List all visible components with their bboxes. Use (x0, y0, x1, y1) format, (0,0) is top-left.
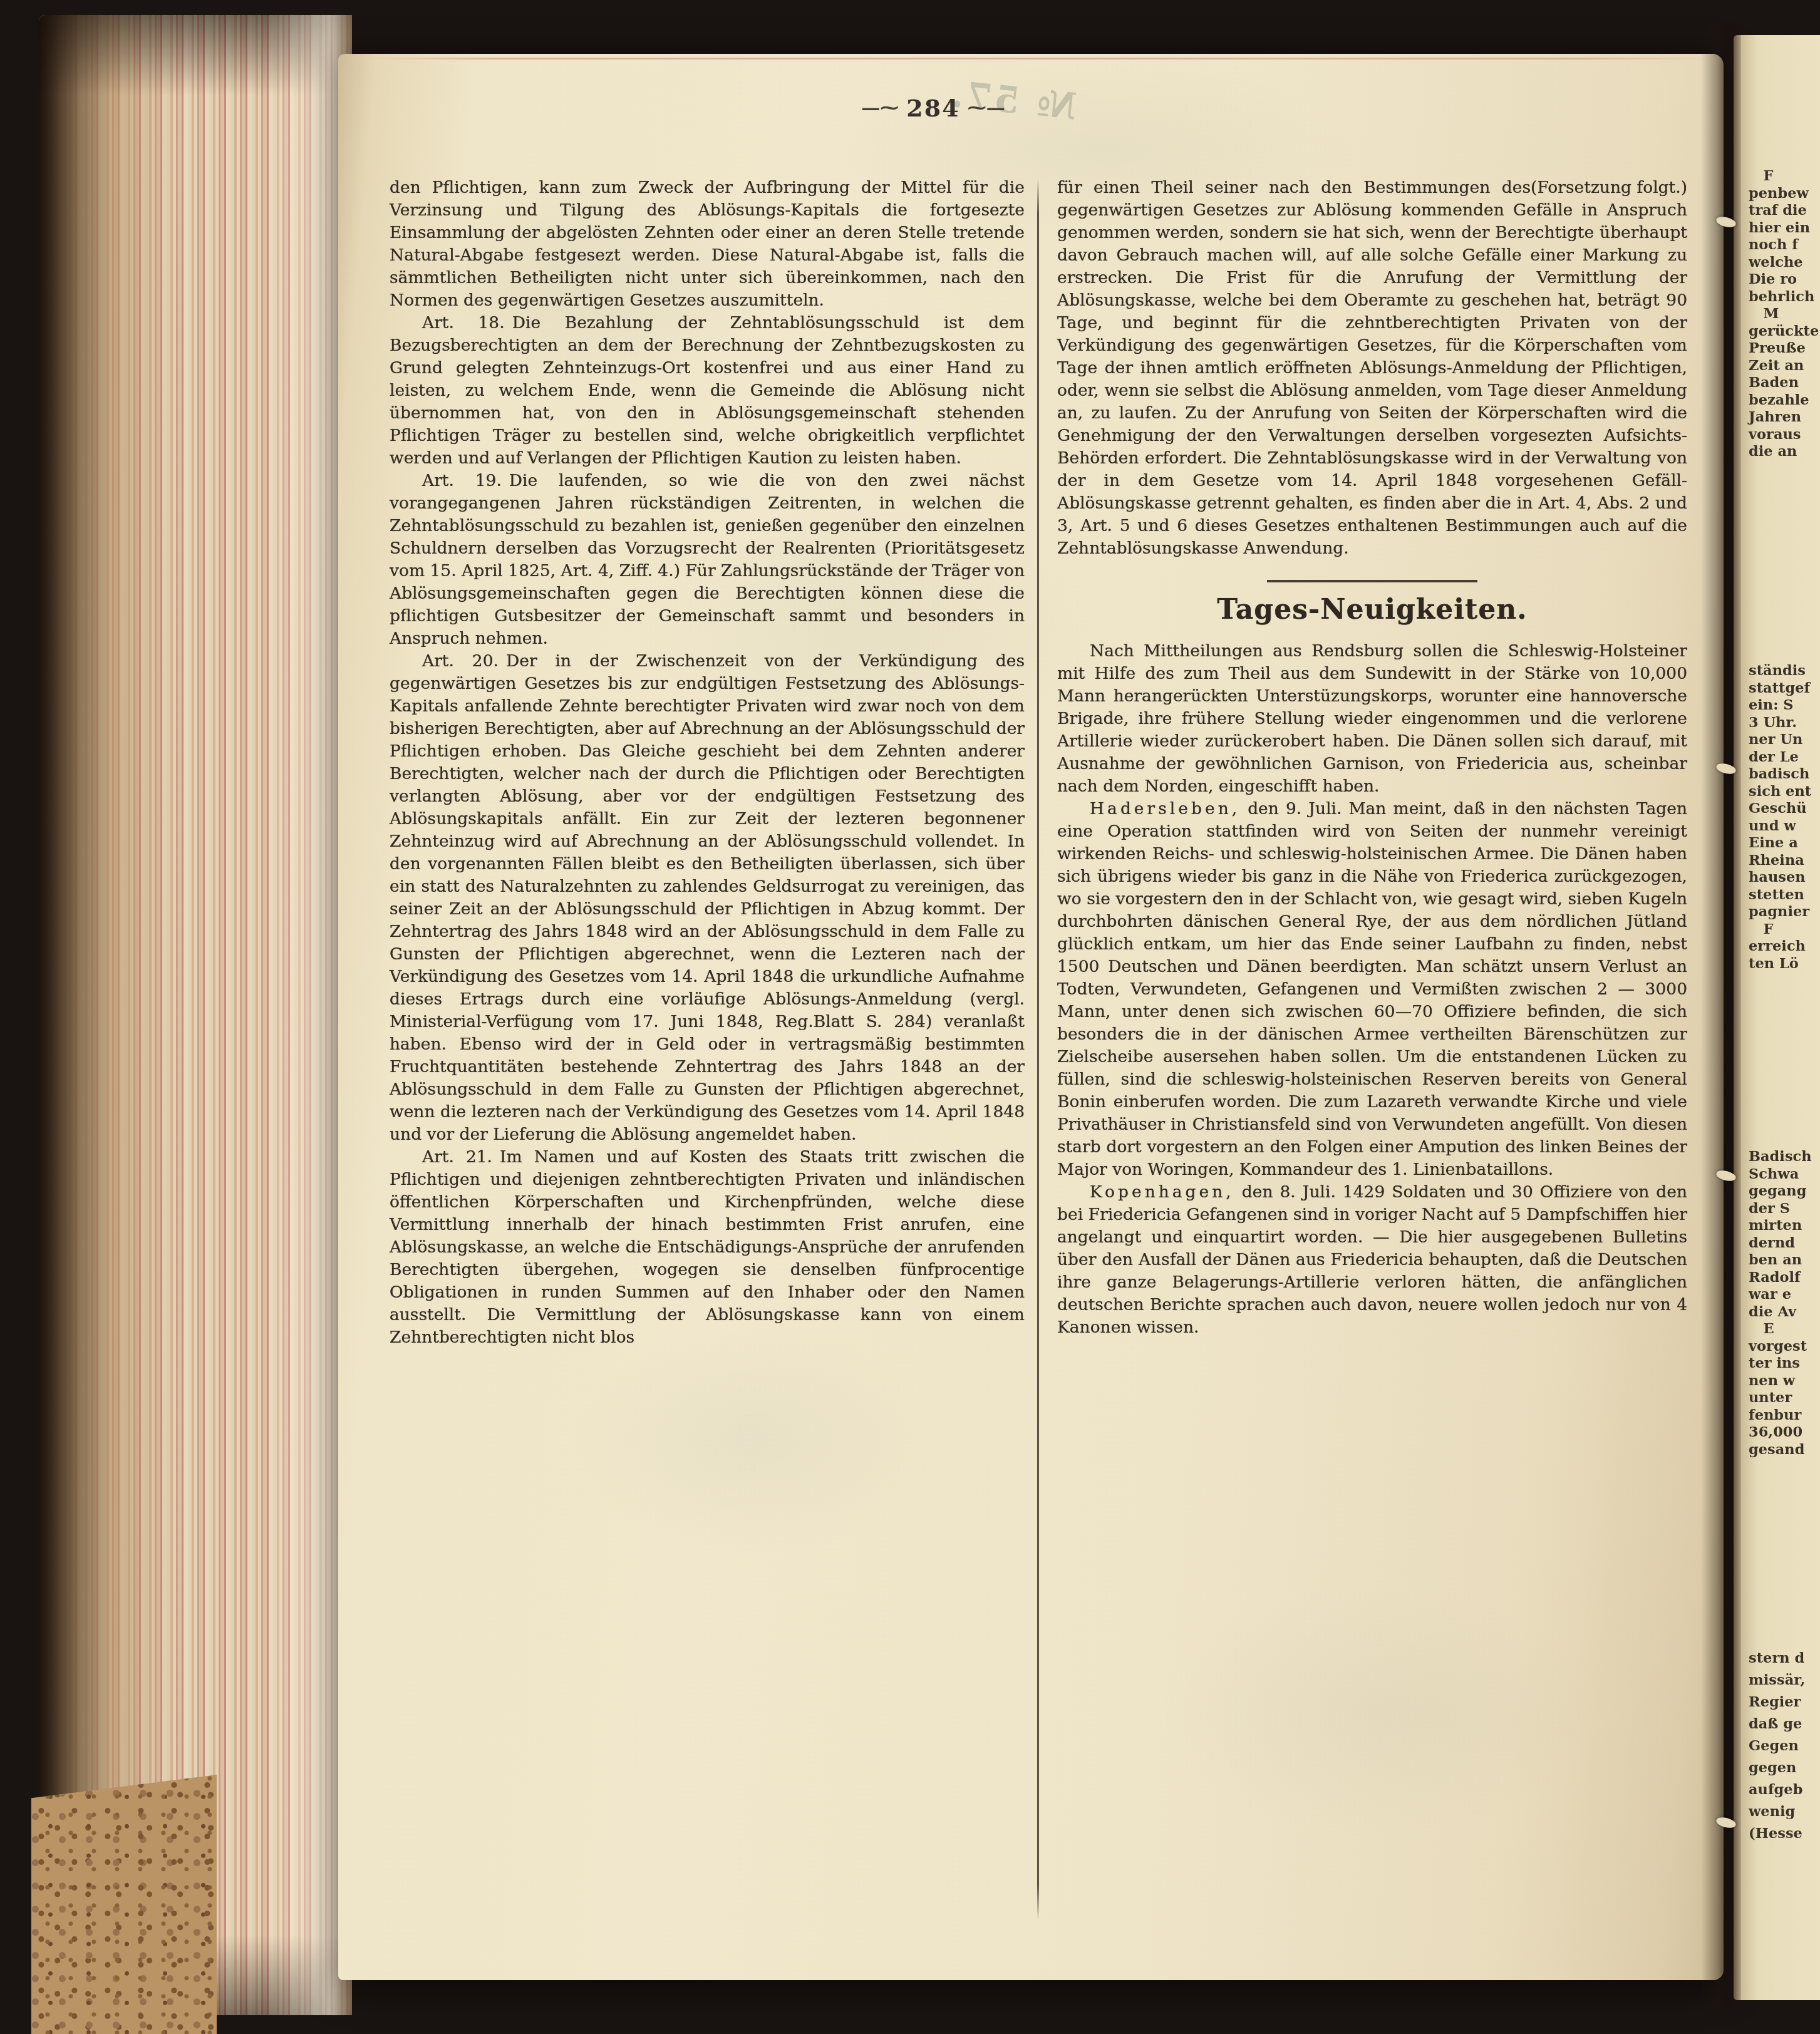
next-page-text-fragment: hausen (1749, 869, 1820, 887)
next-page-edge: Fpenbewtraf diehier einnoch fwelcheDie r… (1734, 35, 1820, 2000)
next-page-text-fragment: M (1749, 306, 1820, 323)
column-divider-rule (1037, 179, 1039, 1920)
next-page-text-fragment: 3 Uhr. (1749, 715, 1820, 732)
next-page-text-fragment: die Av (1749, 1304, 1820, 1321)
scanned-book-photo: { "page": { "header": { "left_flourish":… (0, 0, 1820, 2034)
page-number: 284 (906, 94, 959, 122)
next-page-text-fragment: erreich (1749, 938, 1820, 956)
law-paragraph: Art. 21.Im Namen und auf Kosten des Staa… (390, 1146, 1025, 1349)
next-page-text-fragment: (Hesse (1749, 1823, 1820, 1845)
next-page-text-fragment: F (1749, 921, 1820, 939)
next-page-text-fragment: stattgef (1749, 680, 1820, 698)
paragraph-text: den Pflichtigen, kann zum Zweck der Aufb… (390, 178, 1025, 310)
next-page-fragment-group: ständisstattgefein: S3 Uhr.ner Under Leb… (1749, 663, 1820, 973)
next-page-text-fragment: fenbur (1749, 1407, 1820, 1425)
next-page-text-fragment: ter ins (1749, 1355, 1820, 1373)
marbled-cover-corner (31, 1775, 217, 2034)
next-page-fragment-group: stern dmissär,Regierdaß geGegengegenaufg… (1749, 1648, 1820, 1845)
next-page-text-fragment: war e (1749, 1286, 1820, 1304)
next-page-text-fragment: Badisch (1749, 1149, 1820, 1166)
next-page-text-fragment: gegang (1749, 1183, 1820, 1200)
next-page-text-fragment: voraus (1749, 426, 1820, 444)
next-page-text-fragment: daß ge (1749, 1713, 1820, 1735)
paragraph-text: Die Bezahlung der Zehntablösungsschuld i… (390, 313, 1025, 468)
next-page-text-fragment: der S (1749, 1200, 1820, 1218)
next-page-text-fragment: bezahle (1749, 392, 1820, 410)
news-dateline: Kopenhagen, (1090, 1182, 1234, 1202)
next-page-text-fragment: die an (1749, 443, 1820, 461)
next-page-text-fragment: E (1749, 1321, 1820, 1338)
next-page-text-fragment: Gegen (1749, 1735, 1820, 1757)
next-page-text-fragment: gesand (1749, 1442, 1820, 1459)
next-page-text-fragment: ben an (1749, 1252, 1820, 1269)
next-page-fragment-group: Fpenbewtraf diehier einnoch fwelcheDie r… (1749, 168, 1820, 461)
header-flourish-left: —⁓ (861, 97, 899, 119)
article-number: Art. 19. (422, 471, 502, 490)
next-page-text-fragment: stetten (1749, 887, 1820, 904)
next-page-text-fragment: gerückte (1749, 323, 1820, 341)
left-column: den Pflichtigen, kann zum Zweck der Aufb… (390, 177, 1025, 1349)
next-page-text-fragment: mirten (1749, 1217, 1820, 1235)
paragraph-text: Im Namen und auf Kosten des Staats tritt… (390, 1147, 1025, 1347)
next-page-text-fragment: ein: S (1749, 697, 1820, 715)
article-number: Art. 18. (422, 313, 505, 333)
news-text: den 9. Juli. Man meint, daß in den nächs… (1057, 799, 1687, 1179)
news-text: Nach Mittheilungen aus Rendsburg sollen … (1057, 641, 1687, 796)
next-page-text-fragment: Eine a (1749, 835, 1820, 852)
page-header: —⁓284⁓— (802, 94, 1065, 122)
next-page-text-fragment: gegen (1749, 1757, 1820, 1779)
next-page-text-fragment: Baden (1749, 374, 1820, 392)
law-paragraph: Art. 18.Die Bezahlung der Zehntablösungs… (390, 312, 1025, 470)
next-page-text-fragment: 36,000 (1749, 1424, 1820, 1442)
continuation-note: (Forsetzung folgt.) (1531, 177, 1687, 199)
next-page-text-fragment: penbew (1749, 185, 1820, 203)
next-page-text-fragment: noch f (1749, 237, 1820, 254)
news-list: Nach Mittheilungen aus Rendsburg sollen … (1057, 640, 1687, 1339)
next-page-text-fragment: ten Lö (1749, 956, 1820, 973)
next-page-text-fragment: Rheina (1749, 852, 1820, 870)
next-page-text-fragment: F (1749, 168, 1820, 185)
next-page-text-fragment: badisch (1749, 766, 1820, 783)
next-page-text-fragment: wenig (1749, 1801, 1820, 1823)
next-page-text-fragment: ner Un (1749, 731, 1820, 749)
section-title: Tages-Neuigkeiten. (1057, 599, 1687, 621)
law-paragraph: Art. 20.Der in der Zwischenzeit von der … (390, 650, 1025, 1146)
article-number: Art. 20. (422, 651, 499, 671)
next-page-fragment-group: BadischSchwagegangder Smirtenderndben an… (1749, 1149, 1820, 1458)
next-page-text-fragment: pagnier (1749, 904, 1820, 921)
next-page-text-fragment: stern d (1749, 1648, 1820, 1670)
header-flourish-right: ⁓— (968, 97, 1005, 119)
next-page-text-fragment: ständis (1749, 663, 1820, 680)
next-page-text-fragment: vorgest (1749, 1338, 1820, 1356)
law-continuation-text: für einen Theil seiner nach den Bestimmu… (1057, 178, 1687, 558)
next-page-text-fragment: missär, (1749, 1670, 1820, 1691)
next-page-text-fragment: Schwa (1749, 1166, 1820, 1184)
news-paragraph: Hadersleben,den 9. Juli. Man meint, daß … (1057, 798, 1687, 1181)
next-page-text-fragment: Regier (1749, 1691, 1820, 1713)
next-page-text-fragment: Geschü (1749, 800, 1820, 818)
law-paragraph: Art. 19.Die laufenden, so wie die von de… (390, 470, 1025, 650)
article-number: Art. 21. (422, 1147, 492, 1167)
next-page-text-fragment: und w (1749, 818, 1820, 835)
next-page-text-fragment: sich ent (1749, 783, 1820, 801)
law-continuation-paragraph: (Forsetzung folgt.)für einen Theil seine… (1057, 177, 1687, 560)
next-page-text-fragment: hier ein (1749, 220, 1820, 237)
next-page-text-fragment: behrlich (1749, 289, 1820, 306)
next-page-text-fragment: unter (1749, 1390, 1820, 1407)
next-page-text-fragment: dernd (1749, 1235, 1820, 1252)
news-dateline: Hadersleben, (1090, 799, 1240, 818)
news-text: den 8. Juli. 1429 Soldaten und 30 Offizi… (1057, 1182, 1687, 1337)
section-divider (1267, 580, 1477, 582)
next-page-text-fragment: Die ro (1749, 271, 1820, 289)
newspaper-page: № 57. —⁓284⁓— den Pflichtigen, kann zum … (338, 54, 1724, 1980)
next-page-text-fragment: Zeit an (1749, 358, 1820, 375)
next-page-text-fragment: Radolf (1749, 1269, 1820, 1287)
right-column: (Forsetzung folgt.)für einen Theil seine… (1057, 177, 1687, 1339)
next-page-text-fragment: aufgeb (1749, 1779, 1820, 1801)
next-page-text-fragment: Preuße (1749, 340, 1820, 358)
news-paragraph: Kopenhagen,den 8. Juli. 1429 Soldaten un… (1057, 1181, 1687, 1339)
paragraph-text: Der in der Zwischenzeit von der Verkündi… (390, 651, 1025, 1144)
news-paragraph: Nach Mittheilungen aus Rendsburg sollen … (1057, 640, 1687, 798)
next-page-text-fragment: der Le (1749, 749, 1820, 767)
next-page-text-fragment: Jahren (1749, 409, 1820, 426)
book-page-stack-edge (39, 15, 352, 2015)
law-paragraph: den Pflichtigen, kann zum Zweck der Aufb… (390, 177, 1025, 312)
paragraph-text: Die laufenden, so wie die von den zwei n… (390, 471, 1025, 648)
next-page-text-fragment: nen w (1749, 1373, 1820, 1390)
next-page-text-fragment: welche (1749, 254, 1820, 272)
next-page-text-fragment: traf die (1749, 202, 1820, 220)
